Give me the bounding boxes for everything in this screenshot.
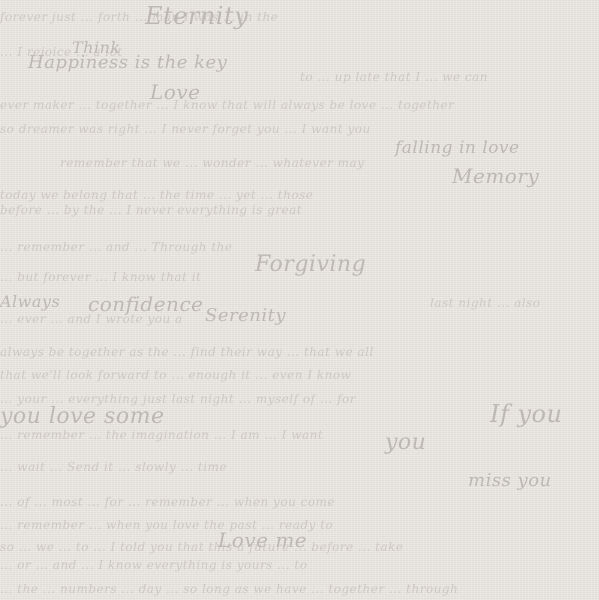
headline-word-serenity: Serenity (205, 305, 286, 326)
script-line: ... remember ... and ... Through the (0, 240, 232, 254)
headline-word-forgiving: Forgiving (255, 252, 366, 277)
script-line: remember that we ... wonder ... whatever… (60, 156, 364, 170)
wallpaper-canvas: forever just ... forth ... man I was ...… (0, 0, 599, 600)
script-line: ... wait ... Send it ... slowly ... time (0, 460, 227, 474)
headline-word-miss-you: miss you (468, 470, 552, 491)
script-line: always be together as the ... find their… (0, 345, 374, 359)
script-line: ... the ... numbers ... day ... so long … (0, 582, 458, 596)
headline-word-always: Always (0, 292, 60, 311)
headline-word-eternity: Eternity (145, 2, 248, 30)
script-line: ... or ... and ... I know everything is … (0, 558, 307, 572)
script-line: today we belong that ... the time ... ye… (0, 188, 313, 202)
script-line: to ... up late that I ... we can (300, 70, 488, 84)
headline-word-if-you: If you (490, 400, 562, 428)
headline-word-you: you (385, 430, 426, 455)
headline-word-love: Love (150, 80, 200, 104)
script-line: last night ... also (430, 296, 541, 310)
headline-word-falling-in-love: falling in love (395, 138, 520, 158)
script-line: so ... we ... to ... I told you that thi… (0, 540, 404, 554)
script-line: ... but forever ... I know that it (0, 270, 201, 284)
headline-word-love-me: Love me (218, 528, 307, 552)
script-line: before ... by the ... I never everything… (0, 203, 302, 217)
script-line: ever maker ... together ... I know that … (0, 98, 454, 112)
script-line: ... remember ... the imagination ... I a… (0, 428, 323, 442)
headline-word-memory: Memory (452, 164, 539, 188)
headline-word-you-love-some: you love some (0, 404, 164, 429)
script-line: that we'll look forward to ... enough it… (0, 368, 351, 382)
headline-word-confidence: confidence (88, 292, 203, 316)
headline-word-happiness: Happiness is the key (28, 52, 227, 73)
script-line: ... of ... most ... for ... remember ...… (0, 495, 335, 509)
script-line: so dreamer was right ... I never forget … (0, 122, 371, 136)
